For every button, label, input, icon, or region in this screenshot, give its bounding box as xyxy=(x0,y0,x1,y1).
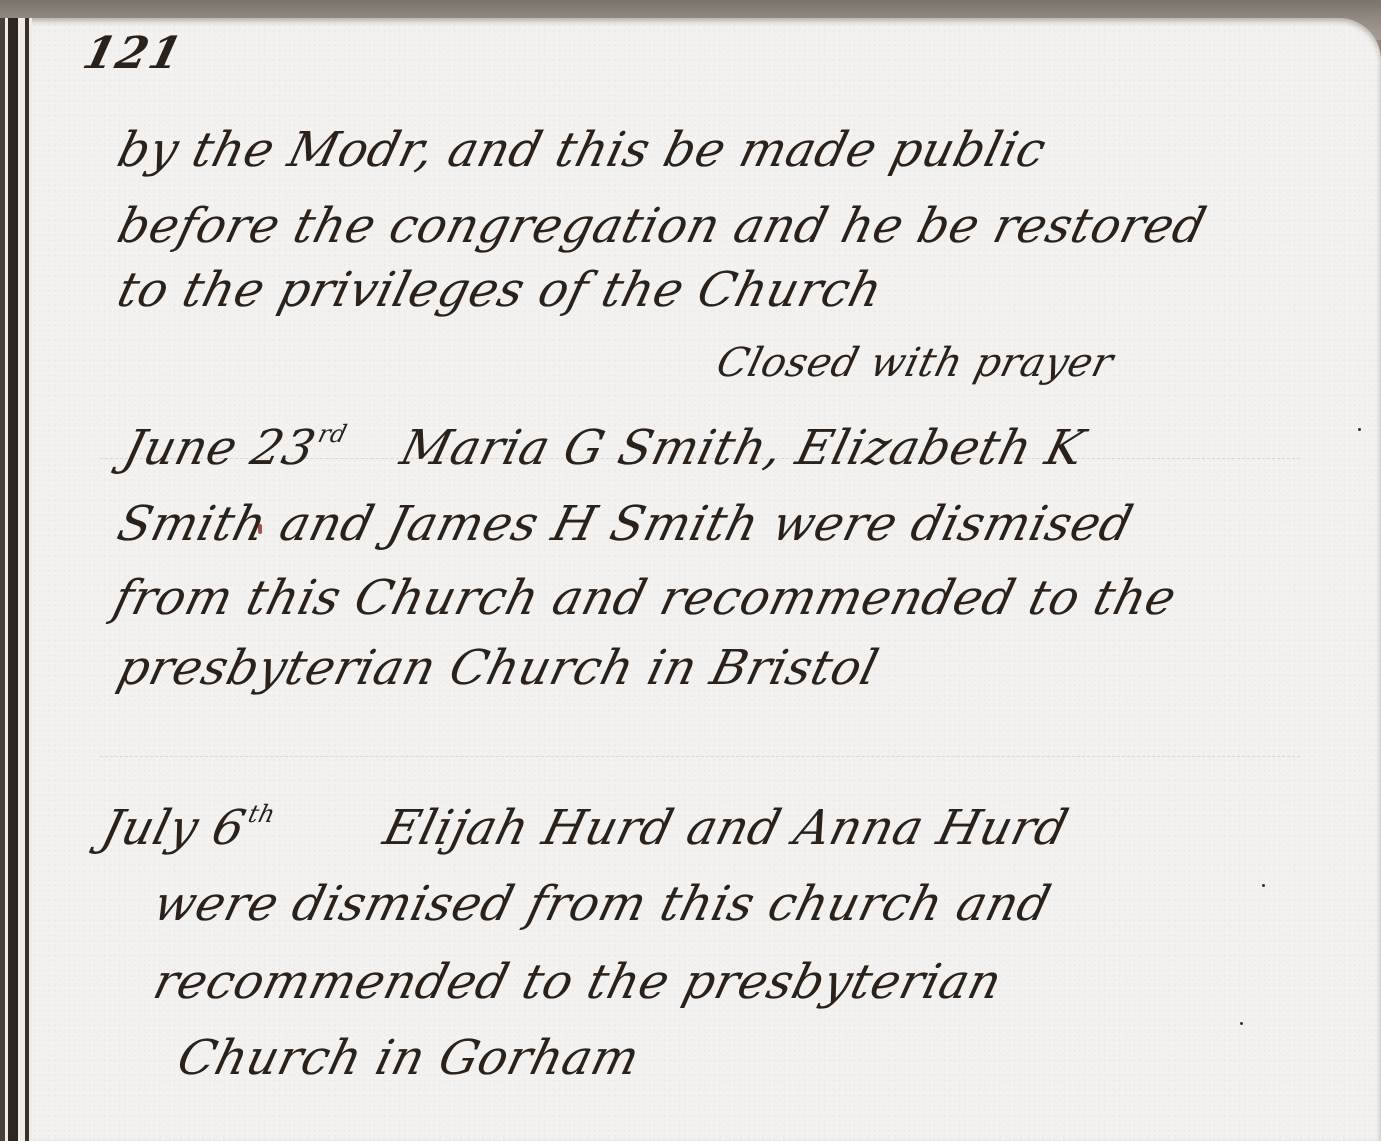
binding-margin-rules xyxy=(0,18,32,1141)
binding-rule-inner xyxy=(8,18,18,1141)
ink-speck xyxy=(1358,428,1361,431)
entry-2-line-1: Elijah Hurd and Anna Hurd xyxy=(378,800,1074,856)
entry-1-line-1: Maria G Smith, Elizabeth K xyxy=(395,420,1090,476)
entry-date-main: June 23 xyxy=(118,420,321,476)
text-line-3: to the privileges of the Church xyxy=(112,262,888,318)
binding-rule-thin xyxy=(25,18,29,1141)
entry-2-line-3: recommended to the presbyterian xyxy=(148,954,1007,1010)
entry-1-line-3: from this Church and recommended to the xyxy=(108,570,1182,626)
closing-note: Closed with prayer xyxy=(712,340,1118,386)
text-line-2: before the congregation and he be restor… xyxy=(112,198,1212,254)
entry-1-line-4: presbyterian Church in Bristol xyxy=(112,640,884,696)
entry-date-june: June 23rd xyxy=(118,420,350,476)
text-line-1: by the Modr, and this be made public xyxy=(112,122,1052,178)
ink-speck xyxy=(1240,1022,1243,1025)
entry-date-july: July 6th xyxy=(96,800,278,856)
entry-date-main: July 6 xyxy=(96,800,251,856)
ink-speck xyxy=(1262,884,1265,887)
page-number: 121 xyxy=(78,28,189,79)
entry-2-line-2: were dismised from this church and xyxy=(148,876,1056,932)
entry-1-line-2: Smith and James H Smith were dismised xyxy=(112,496,1139,552)
entry-2-line-4: Church in Gorham xyxy=(172,1030,645,1086)
ruled-line xyxy=(100,756,1300,757)
binding-rule-outer xyxy=(0,18,5,1141)
red-ink-mark xyxy=(258,524,262,534)
